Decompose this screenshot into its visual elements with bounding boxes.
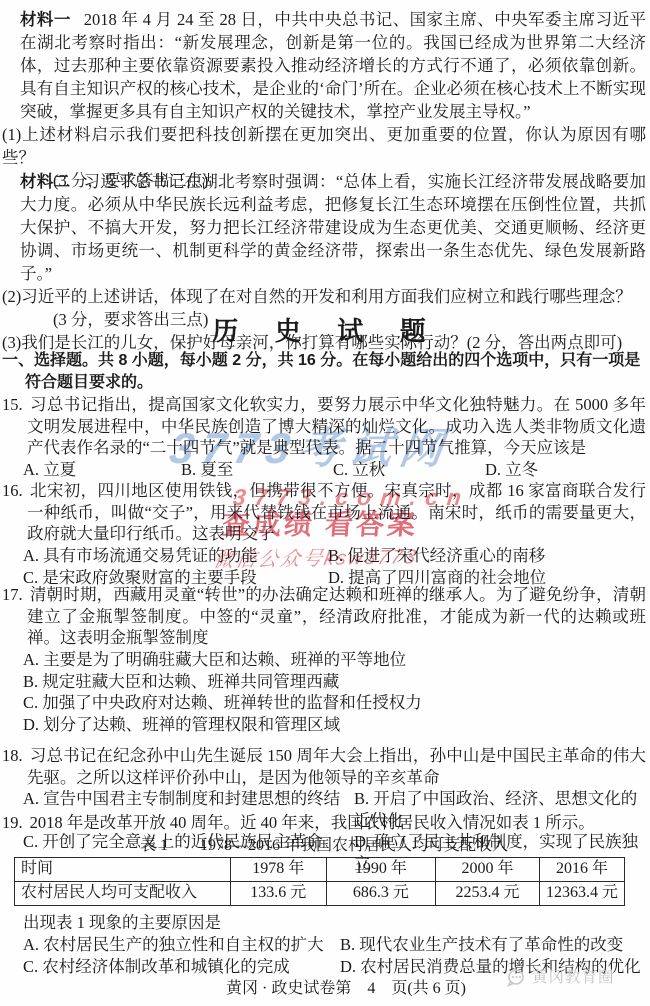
table-data-cell: 12363.4 元 — [539, 881, 624, 905]
option-item: A. 主要是为了明确驻藏大臣和达赖、班禅的平等地位 — [23, 649, 646, 671]
section-intro: 一、选择题。共 8 小题，每小题 2 分，共 16 分。在每小题给出的四个选项中… — [2, 350, 646, 394]
sub-question-1: (1)上述材料启示我们要把科技创新摆在更加突出、更加重要的位置，你认为原因有哪些… — [2, 123, 646, 169]
material-two-label: 材料二 — [20, 172, 83, 191]
question-number: 19. — [2, 813, 30, 832]
material-one-text: 2018 年 4 月 24 至 28 日，中共中央总书记、国家主席、中央军委主席… — [20, 10, 646, 121]
table-data-cell: 686.3 元 — [326, 881, 435, 905]
option-item: C. 立秋 — [333, 459, 485, 481]
exam-page: 3773考试网 3773.com.cn 查成绩 看答案 微信公众号ksw3773… — [0, 0, 650, 1006]
option-item: A. 立夏 — [23, 459, 181, 481]
question-15: 15.习总书记指出，提高国家文化软实力，要努力展示中华文化独特魅力。在 5000… — [2, 394, 646, 481]
table-data-cell: 133.6 元 — [230, 881, 326, 905]
question-text: 16.北宋初，四川地区使用铁钱，但携带很不方便。宋真宗时，成都 16 家富商联合… — [2, 480, 646, 545]
question-19: 19.2018 年是改革开放 40 周年。近 40 年来，我国农村居民收入情况如… — [2, 812, 646, 977]
table-header-cell: 1978 年 — [230, 857, 326, 881]
material-two-paragraph: 材料二习近平总书记在湖北考察时强调：“总体上看，实施长江经济带发展战略要加大力度… — [20, 170, 646, 285]
material-one-paragraph: 材料一2018 年 4 月 24 至 28 日，中共中央总书记、国家主席、中央军… — [20, 8, 646, 123]
table-header-cell: 1990 年 — [326, 857, 435, 881]
options-grid: A. 主要是为了明确驻藏大臣和达赖、班禅的平等地位B. 规定驻藏大臣和达赖、班禅… — [23, 649, 646, 735]
table-caption: 表 1 1978—2016 年我国农村居民人均可支配收入 — [2, 836, 646, 856]
question-number: 15. — [2, 395, 30, 414]
table-header-cell: 时间 — [15, 857, 231, 881]
material-one-label: 材料一 — [20, 10, 84, 29]
options-grid: A. 具有市场流通交易凭证的功能B. 促进了宋代经济重心的南移C. 是宋政府敛聚… — [23, 545, 646, 588]
question-16: 16.北宋初，四川地区使用铁钱，但携带很不方便。宋真宗时，成都 16 家富商联合… — [2, 480, 646, 588]
sub-question-2: (2)习近平的上述讲话，体现了在对自然的开发和利用方面我们应树立和践行哪些理念？ — [2, 285, 646, 308]
question-number: 16. — [2, 481, 30, 500]
question-text: 17.清朝时期，西藏用灵童“转世”的办法确定达赖和班禅的继承人。为了避免纷争，清… — [2, 584, 646, 649]
question-number: 18. — [2, 746, 30, 765]
table-header-cell: 2016 年 — [539, 857, 624, 881]
option-item: A. 具有市场流通交易凭证的功能 — [23, 545, 328, 567]
table-row: 时间1978 年1990 年2000 年2016 年 — [15, 857, 625, 881]
material-two-text: 习近平总书记在湖北考察时强调：“总体上看，实施长江经济带发展战略要加大力度。必须… — [20, 172, 646, 283]
option-item: B. 促进了宋代经济重心的南移 — [328, 545, 646, 567]
option-item: B. 夏至 — [181, 459, 333, 481]
options-grid: A. 立夏B. 夏至C. 立秋D. 立冬 — [23, 459, 646, 481]
option-item: B. 规定驻藏大臣和达赖、班禅共同管理西藏 — [23, 671, 646, 693]
options-grid: A. 农村居民生产的独立性和自主权的扩大B. 现代农业生产技术有了革命性的改变C… — [23, 934, 646, 977]
table-data-cell: 2253.4 元 — [436, 881, 540, 905]
option-item: D. 立冬 — [485, 459, 646, 481]
table-row: 农村居民人均可支配收入133.6 元686.3 元2253.4 元12363.4… — [15, 881, 625, 905]
page-footer: 黄冈 · 政史试卷第 4 页(共 6 页) — [2, 978, 646, 1000]
question-text: 18.习总书记在纪念孙中山先生诞辰 150 周年大会上指出，孙中山是中国民主革命… — [2, 745, 646, 788]
question-number: 17. — [2, 585, 30, 604]
question-17: 17.清朝时期，西藏用灵童“转世”的办法确定达赖和班禅的继承人。为了避免纷争，清… — [2, 584, 646, 735]
option-item: D. 划分了达赖、班禅的管理权限和管理区域 — [23, 714, 646, 736]
option-item: A. 农村居民生产的独立性和自主权的扩大 — [23, 934, 340, 956]
option-item: C. 加强了中央政府对达赖、班禅转世的监督和任授权力 — [23, 692, 646, 714]
material-one-section: 材料一2018 年 4 月 24 至 28 日，中共中央总书记、国家主席、中央军… — [2, 8, 646, 192]
question-text: 19.2018 年是改革开放 40 周年。近 40 年来，我国农村居民收入情况如… — [2, 812, 646, 834]
question-text: 15.习总书记指出，提高国家文化软实力，要努力展示中华文化独特魅力。在 5000… — [2, 394, 646, 459]
option-item: D. 农村居民消费总量的增长和结构的优化 — [340, 956, 646, 978]
table-header-cell: 2000 年 — [436, 857, 540, 881]
income-table: 时间1978 年1990 年2000 年2016 年农村居民人均可支配收入133… — [14, 857, 625, 906]
history-title: 历 史 试 题 — [2, 316, 646, 348]
after-table-text: 出现表 1 现象的主要原因是 — [23, 912, 646, 934]
option-item: C. 农村经济体制改革和城镇化的完成 — [23, 956, 340, 978]
table-data-cell: 农村居民人均可支配收入 — [15, 881, 231, 905]
option-item: B. 现代农业生产技术有了革命性的改变 — [340, 934, 646, 956]
